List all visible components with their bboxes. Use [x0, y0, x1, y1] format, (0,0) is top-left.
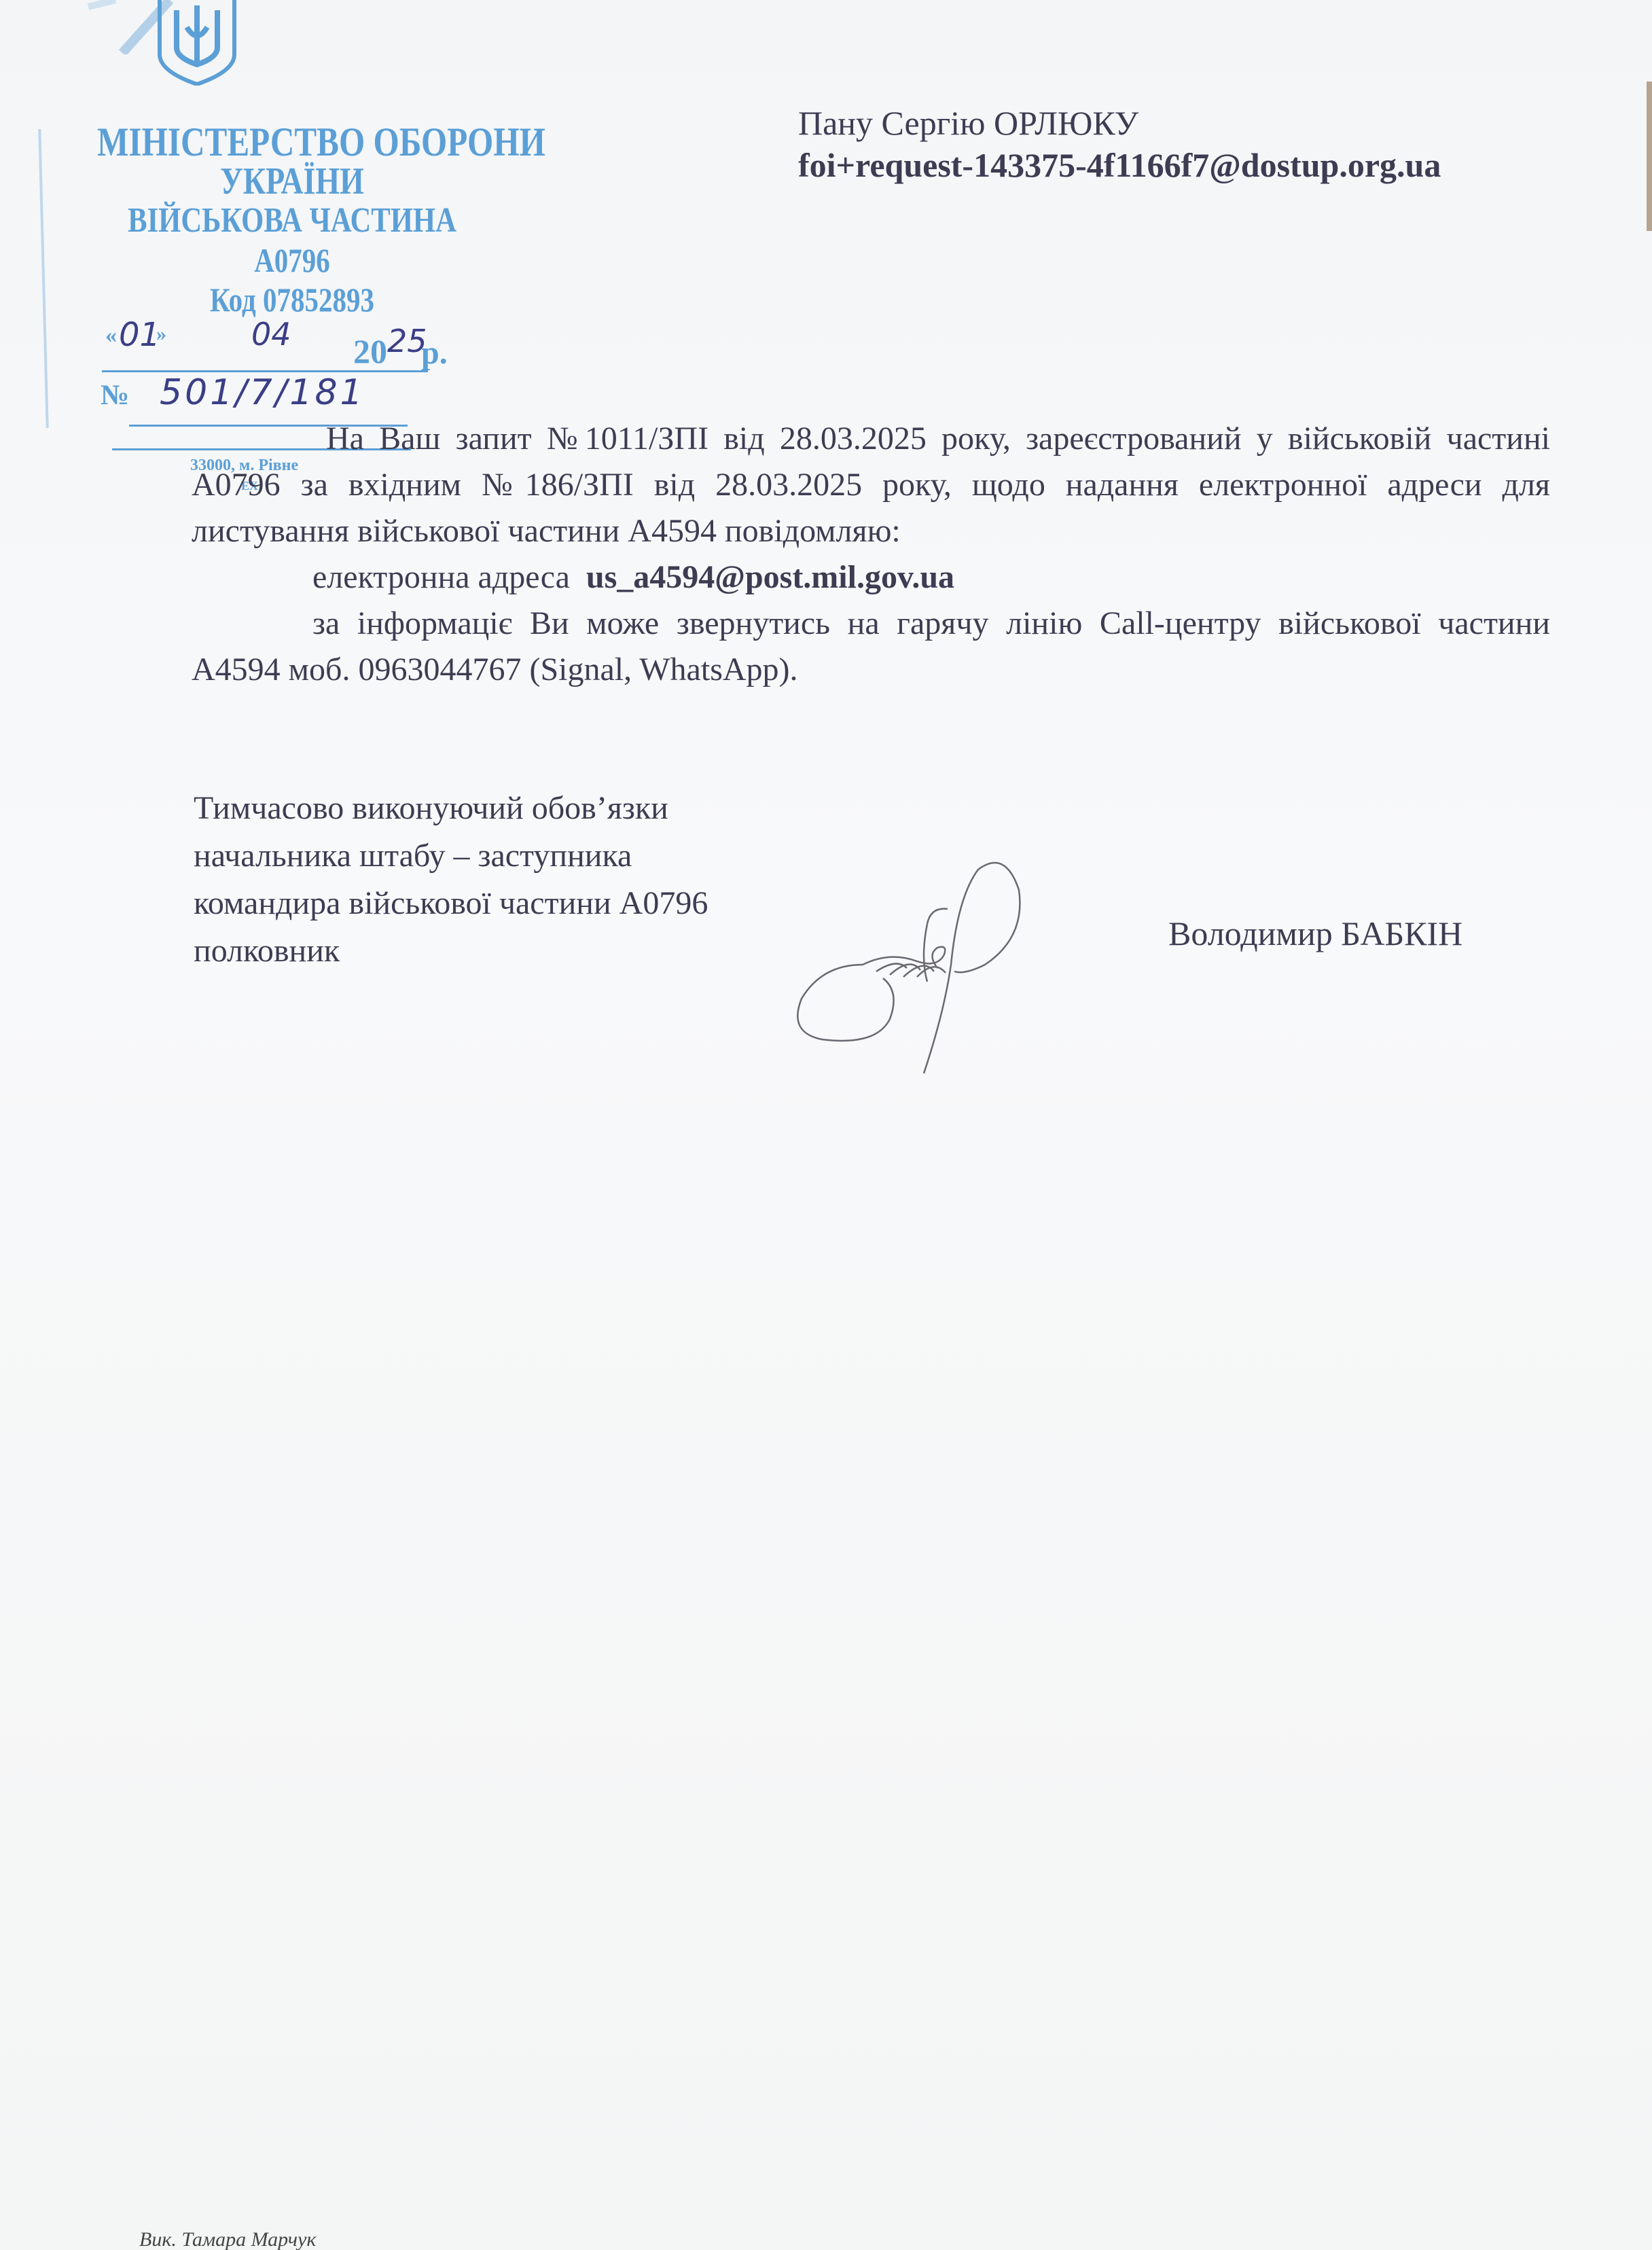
signatory-name: Володимир БАБКІН — [1168, 914, 1462, 953]
date-month: 04 — [251, 316, 291, 353]
executor-note: Вик. Тамара Марчук — [139, 2228, 316, 2250]
outgoing-number: 501/7/181 — [160, 372, 365, 413]
paper-edge — [1647, 82, 1652, 231]
handwritten-signature — [781, 842, 1053, 1087]
position-line-3: командира військової частини А0796 — [194, 880, 708, 927]
date-year-prefix: 20 — [353, 332, 387, 371]
stamp-date-row: « 01 » 04 20 25 р. — [95, 319, 448, 374]
stamp-unit-code: А0796 — [97, 240, 487, 280]
position-line-2: начальника штабу – заступника — [194, 832, 708, 880]
body-paragraph-1: На Ваш запит №1011/ЗПІ від 28.03.2025 ро… — [192, 416, 1550, 554]
stamp-ministry-line1: МІНІСТЕРСТВО ОБОРОНИ — [97, 122, 487, 162]
email-label: електронна адреса — [312, 559, 570, 595]
email-value: us_a4594@post.mil.gov.ua — [586, 559, 954, 595]
addressee-name: Пану Сергію ОРЛЮКУ — [798, 102, 1441, 144]
body-paragraph-3: за інформаціє Ви може звернутись на гаря… — [192, 601, 1550, 693]
body-email-line: електронна адреса us_a4594@post.mil.gov.… — [192, 554, 1550, 601]
stamp-unit-line: ВІЙСЬКОВА ЧАСТИНА — [97, 201, 487, 240]
trident-emblem-icon — [156, 0, 238, 86]
number-sign: № — [101, 379, 129, 412]
date-day: 01 — [119, 316, 160, 354]
addressee-block: Пану Сергію ОРЛЮКУ foi+request-143375-4f… — [798, 102, 1441, 186]
ministry-stamp: МІНІСТЕРСТВО ОБОРОНИ УКРАЇНИ ВІЙСЬКОВА Ч… — [54, 122, 530, 319]
date-suffix: р. — [421, 334, 448, 372]
stamp-edrpou: Код 07852893 — [97, 280, 487, 319]
signatory-rank: полковник — [194, 927, 708, 975]
stamp-border — [38, 129, 49, 428]
position-line-1: Тимчасово виконуючий обов’язки — [194, 785, 708, 832]
letter-body: На Ваш запит №1011/ЗПІ від 28.03.2025 ро… — [192, 416, 1550, 693]
signatory-position: Тимчасово виконуючий обов’язки начальник… — [194, 785, 708, 975]
addressee-email: foi+request-143375-4f1166f7@dostup.org.u… — [798, 144, 1441, 186]
stamp-ministry-line2: УКРАЇНИ — [97, 162, 487, 201]
